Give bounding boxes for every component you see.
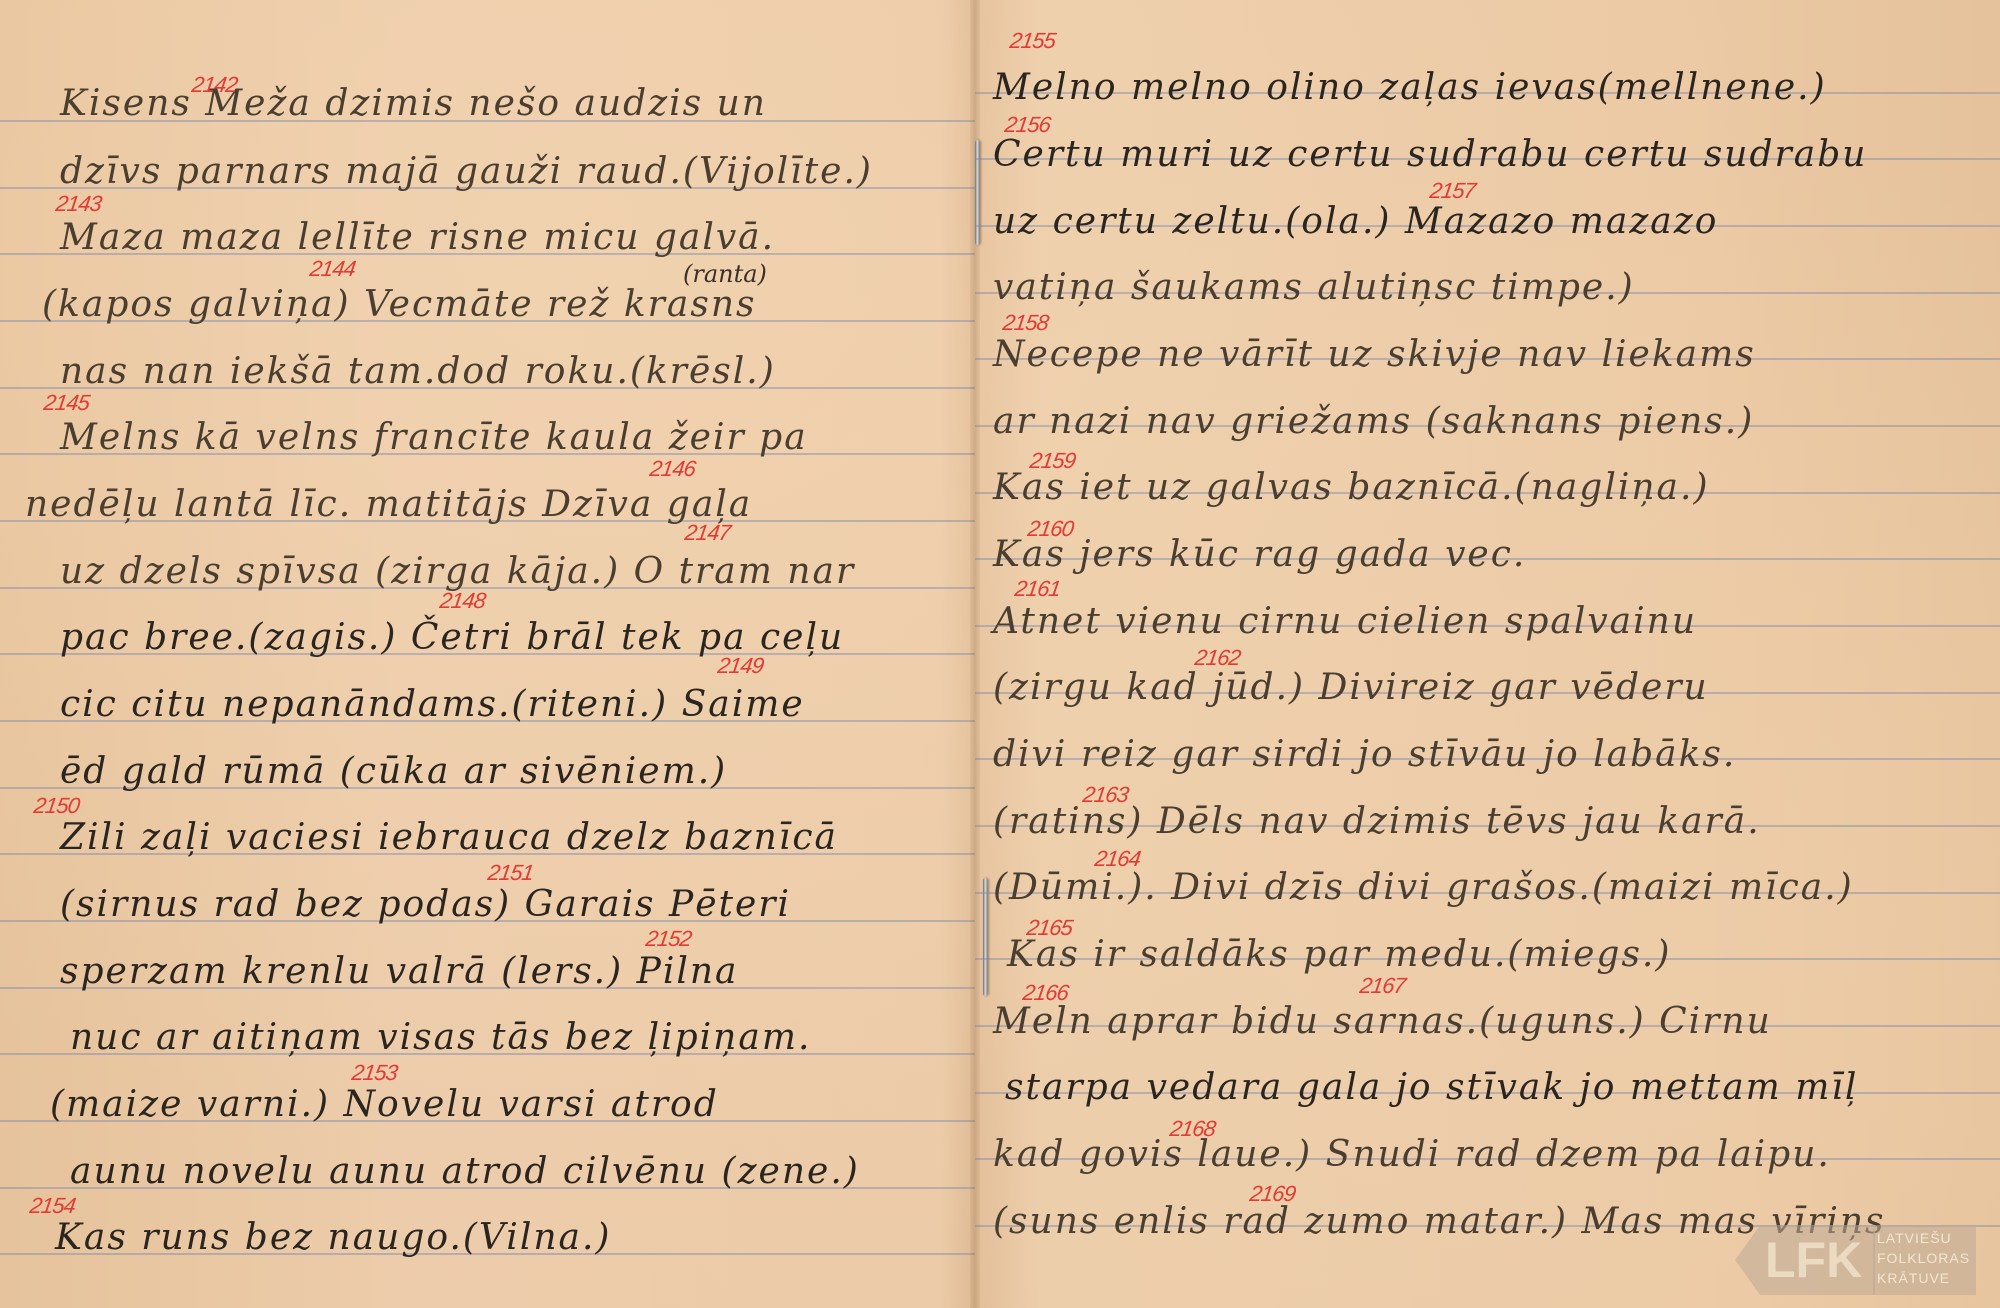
index-number: 2169 — [1248, 1183, 1296, 1205]
index-number: 2165 — [1025, 917, 1073, 939]
index-number: 2152 — [644, 928, 692, 950]
manuscript-line: Kas jers kūc rag gada vec. — [993, 535, 1526, 575]
manuscript-line: Meln aprar bidu sarnas.(uguns.) Cirnu — [993, 1002, 1772, 1042]
manuscript-line: nas nan iekšā tam.dod roku.(krēsl.) — [60, 352, 776, 392]
index-number: 2163 — [1081, 784, 1129, 806]
manuscript-line: ēd gald rūmā (cūka ar sivēniem.) — [60, 752, 727, 792]
manuscript-line: nuc ar aitiņam visas tās bez ļipiņam. — [70, 1018, 811, 1058]
manuscript-line: starpa vedara gala jo stīvak jo mettam m… — [1005, 1068, 1858, 1108]
logo-text: LATVIEŠU FOLKLORAS KRĀTUVE — [1873, 1225, 1976, 1295]
manuscript-line: ar nazi nav griežams (saknans piens.) — [993, 402, 1754, 442]
manuscript-line: Kas runs bez naugo.(Vilna.) — [55, 1218, 611, 1258]
index-number: 2145 — [42, 392, 90, 414]
manuscript-line: nedēļu lantā līc. matitājs Dzīva gaļa — [25, 485, 752, 525]
index-number: 2157 — [1428, 180, 1476, 202]
manuscript-line: (maize varni.) Novelu varsi atrod — [50, 1085, 719, 1125]
index-number: 2164 — [1093, 848, 1141, 870]
index-number: 2150 — [32, 795, 80, 817]
manuscript-line: Necepe ne vārīt uz skivje nav liekams — [993, 335, 1756, 375]
manuscript-line: dzīvs parnars majā gauži raud.(Vijolīte.… — [60, 152, 873, 192]
manuscript-line: Maza maza lellīte risne micu galvā. — [60, 218, 775, 258]
right-page: Melno melno olino zaļas ievas(mellnene.)… — [975, 0, 2000, 1308]
manuscript-line: Melno melno olino zaļas ievas(mellnene.) — [993, 68, 1827, 108]
manuscript-line: cic citu nepanāndams.(riteni.) Saime — [60, 685, 805, 725]
manuscript-line: Kas iet uz galvas baznīcā.(nagliņa.) — [993, 468, 1709, 508]
index-number: 2142 — [190, 74, 238, 96]
manuscript-line: vatiņa šaukams alutiņsc timpe.) — [993, 268, 1635, 308]
manuscript-line: (sirnus rad bez podas) Garais Pēteri — [60, 885, 791, 925]
index-number: 2143 — [54, 193, 102, 215]
manuscript-line: (zirgu kad jūd.) Divireiz gar vēderu — [993, 668, 1709, 708]
interlinear-correction: (ranta) — [683, 260, 767, 288]
manuscript-line: (Dūmi.). Divi dzīs divi grašos.(maizi mī… — [993, 868, 1854, 908]
manuscript-line: Atnet vienu cirnu cielien spalvainu — [993, 602, 1697, 642]
manuscript-line: uz certu zeltu.(ola.) Mazazo mazazo — [993, 202, 1718, 242]
logo-mark-text: LFK — [1765, 1233, 1862, 1287]
manuscript-spread: Kisens Meža dzimis nešo audzis un dzīvs … — [0, 0, 2000, 1308]
index-number: 2162 — [1193, 647, 1241, 669]
index-number: 2144 — [308, 258, 356, 280]
logo-line-1: LATVIEŠU — [1877, 1228, 1970, 1248]
manuscript-line: Zili zaļi vaciesi iebrauca dzelz baznīcā — [60, 818, 838, 858]
index-number: 2151 — [486, 862, 534, 884]
lfk-logo-icon: LFK — [1735, 1225, 1875, 1295]
manuscript-line: uz dzels spīvsa (zirga kāja.) O tram nar — [60, 552, 855, 592]
index-number: 2147 — [683, 522, 731, 544]
left-page: Kisens Meža dzimis nešo audzis un dzīvs … — [0, 0, 975, 1308]
logo-line-3: KRĀTUVE — [1877, 1268, 1970, 1288]
index-number: 2158 — [1001, 312, 1049, 334]
manuscript-line: Melns kā velns francīte kaula žeir pa — [60, 418, 808, 458]
manuscript-line: sperzam krenlu valrā (lers.) Pilna — [60, 952, 739, 992]
manuscript-line: (ratins) Dēls nav dzimis tēvs jau karā. — [993, 802, 1761, 842]
index-number: 2155 — [1008, 30, 1056, 52]
index-number: 2153 — [350, 1062, 398, 1084]
index-number: 2168 — [1168, 1118, 1216, 1140]
index-number: 2167 — [1358, 975, 1406, 997]
manuscript-line: Kisens Meža dzimis nešo audzis un — [60, 84, 767, 124]
index-number: 2149 — [716, 655, 764, 677]
logo-line-2: FOLKLORAS — [1877, 1248, 1970, 1268]
manuscript-line: kad govis laue.) Snudi rad dzem pa laipu… — [993, 1135, 1831, 1175]
archive-watermark: LFK LATVIEŠU FOLKLORAS KRĀTUVE — [1735, 1225, 1985, 1295]
manuscript-line: pac bree.(zagis.) Četri brāl tek pa ceļu — [60, 618, 844, 658]
index-number: 2166 — [1021, 982, 1069, 1004]
manuscript-line: aunu novelu aunu atrod cilvēnu (zene.) — [70, 1152, 860, 1192]
manuscript-line: Certu muri uz certu sudrabu certu sudrab… — [993, 135, 1867, 175]
index-number: 2159 — [1028, 450, 1076, 472]
index-number: 2154 — [28, 1195, 76, 1217]
index-number: 2156 — [1003, 114, 1051, 136]
index-number: 2148 — [438, 590, 486, 612]
manuscript-line: (kapos galviņa) Vecmāte rež krasns — [42, 285, 757, 325]
manuscript-line: Kas ir saldāks par medu.(miegs.) — [1007, 935, 1671, 975]
index-number: 2161 — [1013, 578, 1061, 600]
manuscript-line: divi reiz gar sirdi jo stīvāu jo labāks. — [993, 735, 1736, 775]
index-number: 2146 — [648, 458, 696, 480]
index-number: 2160 — [1026, 518, 1074, 540]
